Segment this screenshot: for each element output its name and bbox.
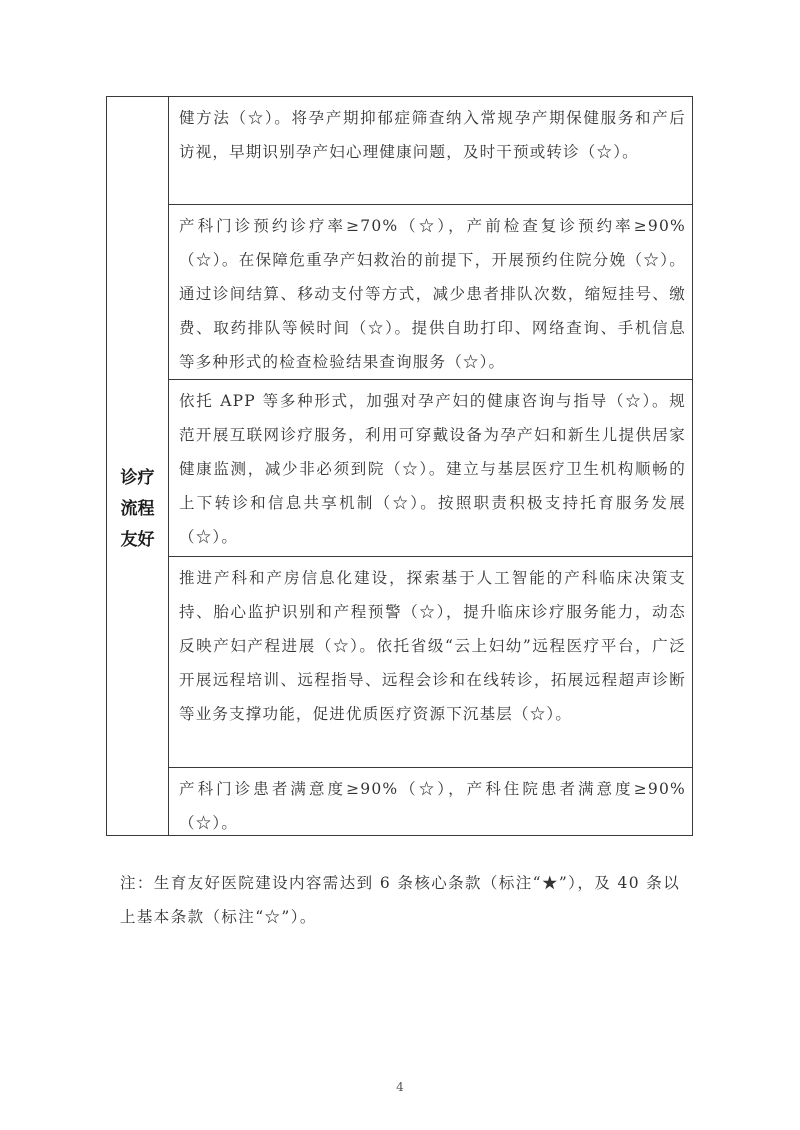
row-4-text: 推进产科和产房信息化建设，探索基于人工智能的产科临床决策支持、胎心监护识别和产程…: [179, 569, 686, 723]
row-2-text: 产科门诊预约诊疗率≥70%（☆），产前检查复诊预约率≥90%（☆）。在保障危重孕…: [179, 217, 686, 371]
table-row-4: 推进产科和产房信息化建设，探索基于人工智能的产科临床决策支持、胎心监护识别和产程…: [169, 556, 692, 767]
footnote: 注：生育友好医院建设内容需达到 6 条核心条款（标注“★”），及 40 条以上基…: [120, 866, 695, 934]
section-header-line-1: 诊疗: [107, 463, 168, 494]
standards-table: 健方法（☆）。将孕产期抑郁症筛查纳入常规孕产期保健服务和产后访视，早期识别孕产妇…: [106, 96, 693, 836]
section-header-line-2: 流程: [107, 494, 168, 525]
table-row-2: 产科门诊预约诊疗率≥70%（☆），产前检查复诊预约率≥90%（☆）。在保障危重孕…: [169, 204, 692, 379]
table-row-3: 依托 APP 等多种形式，加强对孕产妇的健康咨询与指导（☆）。规范开展互联网诊疗…: [169, 379, 692, 556]
table-row-5: 产科门诊患者满意度≥90%（☆），产科住院患者满意度≥90%（☆）。: [169, 767, 692, 837]
section-header-line-3: 友好: [107, 525, 168, 556]
footnote-text: 注：生育友好医院建设内容需达到 6 条核心条款（标注“★”），及 40 条以上基…: [120, 874, 680, 926]
row-5-text: 产科门诊患者满意度≥90%（☆），产科住院患者满意度≥90%（☆）。: [179, 780, 686, 832]
row-1-text: 健方法（☆）。将孕产期抑郁症筛查纳入常规孕产期保健服务和产后访视，早期识别孕产妇…: [179, 109, 686, 161]
section-header: 诊疗 流程 友好: [107, 463, 168, 556]
page-number: 4: [0, 1080, 800, 1094]
table-row-1: 健方法（☆）。将孕产期抑郁症筛查纳入常规孕产期保健服务和产后访视，早期识别孕产妇…: [169, 97, 692, 204]
row-3-text: 依托 APP 等多种形式，加强对孕产妇的健康咨询与指导（☆）。规范开展互联网诊疗…: [179, 392, 686, 546]
